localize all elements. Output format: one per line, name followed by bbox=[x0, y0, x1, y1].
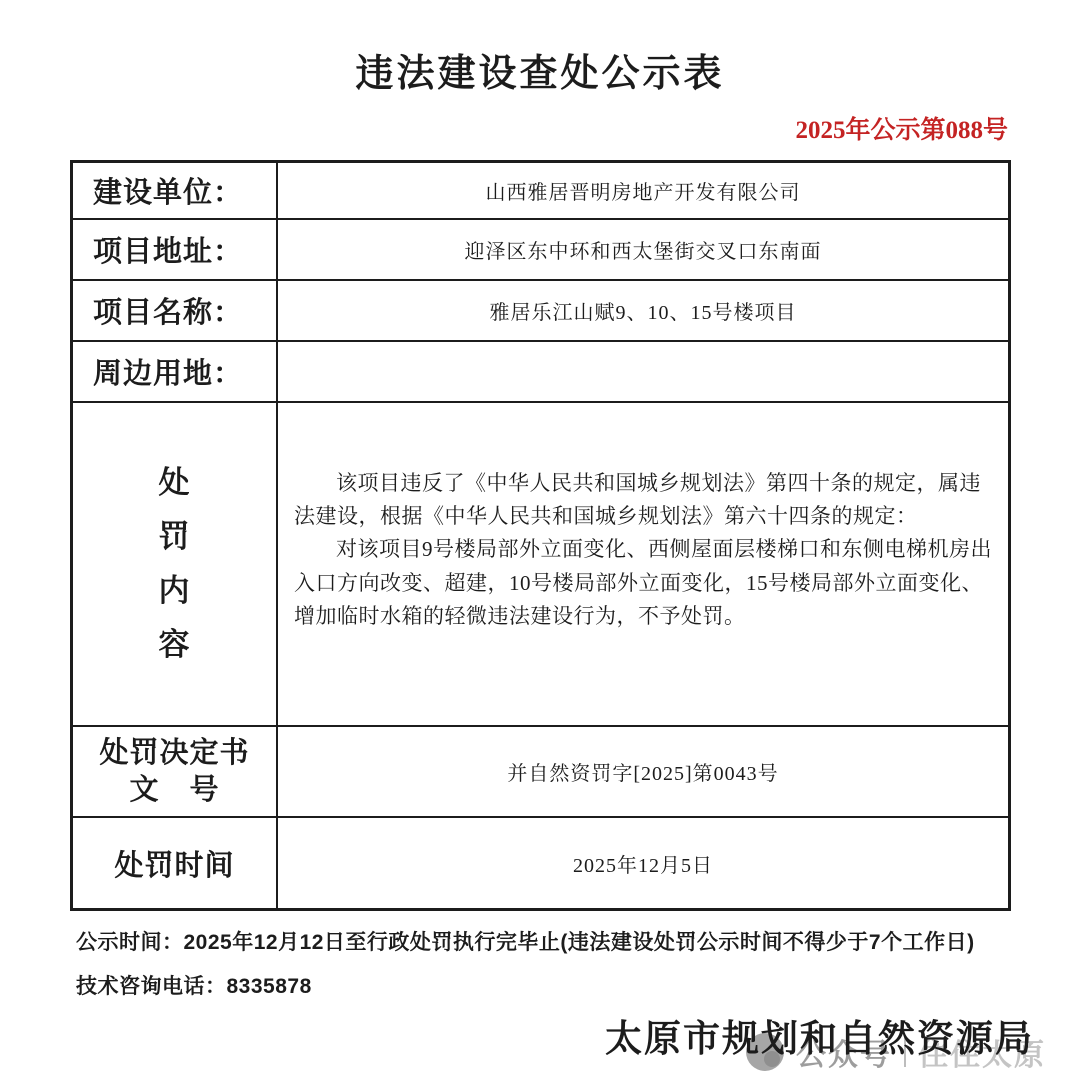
table-row-project-address: 项目地址： 迎泽区东中环和西太堡街交叉口东南面 bbox=[73, 218, 1008, 279]
table-row-punishment-content: 处罚内容 该项目违反了《中华人民共和国城乡规划法》第四十条的规定，属违法建设，根… bbox=[73, 401, 1008, 725]
table-row-surrounding-land: 周边用地： bbox=[73, 340, 1008, 401]
notice-document: 违法建设查处公示表 2025年公示第088号 建设单位： 山西雅居晋明房地产开发… bbox=[0, 0, 1080, 1080]
decision-doc-label-line2: 文 号 bbox=[129, 772, 219, 808]
notice-table: 建设单位： 山西雅居晋明房地产开发有限公司 项目地址： 迎泽区东中环和西太堡街交… bbox=[70, 160, 1011, 911]
punishment-paragraph-1: 该项目违反了《中华人民共和国城乡规划法》第四十条的规定，属违法建设，根据《中华人… bbox=[294, 467, 992, 533]
row-label-decision-doc-number: 处罚决定书 文 号 bbox=[73, 727, 278, 816]
punishment-paragraph-2: 对该项目9号楼局部外立面变化、西侧屋面层楼梯口和东侧电梯机房出入口方向改变、超建… bbox=[294, 533, 992, 633]
row-label-surrounding-land: 周边用地： bbox=[73, 342, 278, 401]
consult-phone-text: 技术咨询电话：8335878 bbox=[76, 970, 312, 1000]
row-value-project-name: 雅居乐江山赋9、10、15号楼项目 bbox=[278, 281, 1008, 340]
row-value-construction-unit: 山西雅居晋明房地产开发有限公司 bbox=[278, 163, 1008, 218]
row-label-project-name: 项目名称： bbox=[73, 281, 278, 340]
table-row-construction-unit: 建设单位： 山西雅居晋明房地产开发有限公司 bbox=[73, 163, 1008, 218]
row-label-construction-unit: 建设单位： bbox=[73, 163, 278, 218]
table-row-decision-doc-number: 处罚决定书 文 号 并自然资罚字[2025]第0043号 bbox=[73, 725, 1008, 816]
table-row-project-name: 项目名称： 雅居乐江山赋9、10、15号楼项目 bbox=[73, 279, 1008, 340]
row-value-decision-doc-number: 并自然资罚字[2025]第0043号 bbox=[278, 727, 1008, 816]
notice-number: 2025年公示第088号 bbox=[795, 110, 1008, 146]
page-title: 违法建设查处公示表 bbox=[0, 42, 1080, 97]
table-row-punish-time: 处罚时间 2025年12月5日 bbox=[73, 816, 1008, 908]
row-value-punish-time: 2025年12月5日 bbox=[278, 818, 1008, 908]
agency-name: 太原市规划和自然资源局 bbox=[605, 1008, 1034, 1062]
row-value-surrounding-land bbox=[278, 342, 1008, 401]
decision-doc-label-line1: 处罚决定书 bbox=[99, 735, 249, 771]
row-value-project-address: 迎泽区东中环和西太堡街交叉口东南面 bbox=[278, 220, 1008, 279]
punishment-text: 该项目违反了《中华人民共和国城乡规划法》第四十条的规定，属违法建设，根据《中华人… bbox=[278, 467, 1008, 661]
publicity-period-text: 公示时间：2025年12月12日至行政处罚执行完毕止(违法建设处罚公示时间不得少… bbox=[76, 926, 975, 956]
row-label-punish-time: 处罚时间 bbox=[73, 818, 278, 908]
row-label-punishment-content: 处罚内容 bbox=[73, 403, 278, 725]
row-value-punishment-content: 该项目违反了《中华人民共和国城乡规划法》第四十条的规定，属违法建设，根据《中华人… bbox=[278, 403, 1008, 725]
punishment-content-vertical-label: 处罚内容 bbox=[157, 456, 193, 673]
row-label-project-address: 项目地址： bbox=[73, 220, 278, 279]
